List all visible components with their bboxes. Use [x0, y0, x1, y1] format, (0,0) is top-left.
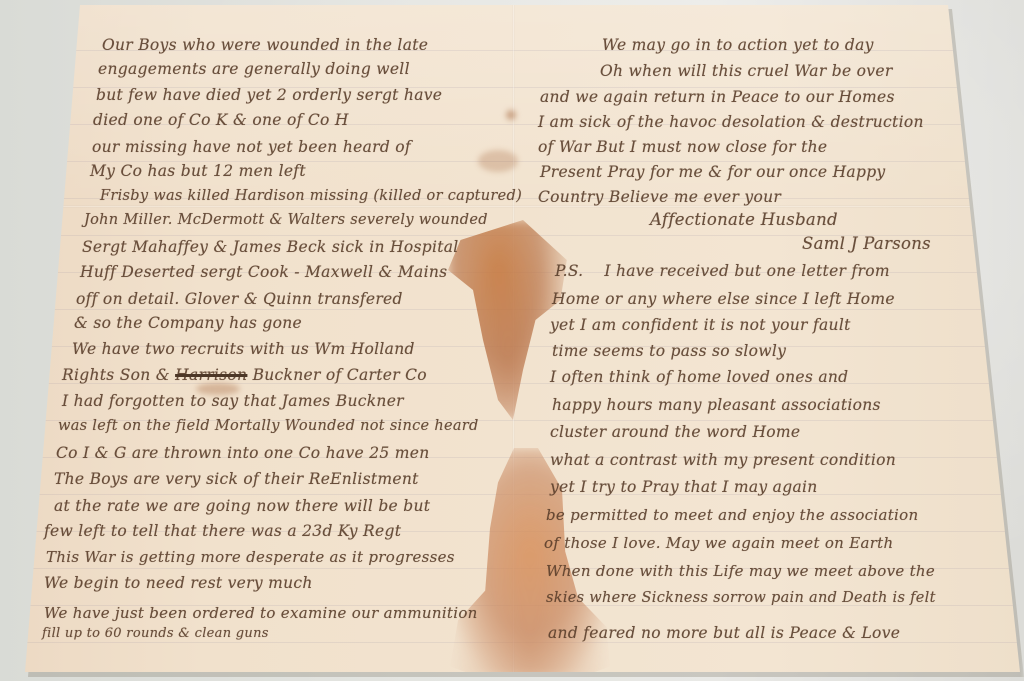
letter-line: time seems to pass so slowly [552, 342, 786, 360]
letter-line: Country Believe me ever your [538, 188, 781, 206]
signature-name: Saml J Parsons [802, 234, 931, 253]
signature-closing: Affectionate Husband [650, 210, 838, 229]
letter-line: cluster around the word Home [550, 423, 800, 441]
letter-line: be permitted to meet and enjoy the assoc… [546, 506, 918, 524]
letter-line: I am sick of the havoc desolation & dest… [538, 113, 924, 131]
letter-line: I often think of home loved ones and [550, 368, 848, 386]
letter-line: of War But I must now close for the [538, 138, 827, 156]
letter-sheet: Our Boys who were wounded in the late en… [0, 0, 1024, 681]
letter-line: of those I love. May we again meet on Ea… [544, 534, 893, 552]
letter-line: Oh when will this cruel War be over [600, 62, 893, 80]
right-page: We may go in to action yet to day Oh whe… [0, 0, 1024, 681]
letter-line: We may go in to action yet to day [602, 36, 874, 54]
letter-line: skies where Sickness sorrow pain and Dea… [546, 590, 936, 606]
letter-line: yet I am confident it is not your fault [550, 316, 851, 334]
letter-line: When done with this Life may we meet abo… [546, 562, 935, 580]
letter-line: Present Pray for me & for our once Happy [540, 163, 885, 181]
letter-line: yet I try to Pray that I may again [550, 478, 818, 496]
letter-line: and feared no more but all is Peace & Lo… [548, 624, 900, 642]
letter-line: Home or any where else since I left Home [552, 290, 895, 308]
letter-line: what a contrast with my present conditio… [550, 451, 896, 469]
letter-line: P.S. I have received but one letter from [555, 262, 890, 280]
letter-line: happy hours many pleasant associations [552, 396, 881, 414]
letter-line: and we again return in Peace to our Home… [540, 88, 895, 106]
